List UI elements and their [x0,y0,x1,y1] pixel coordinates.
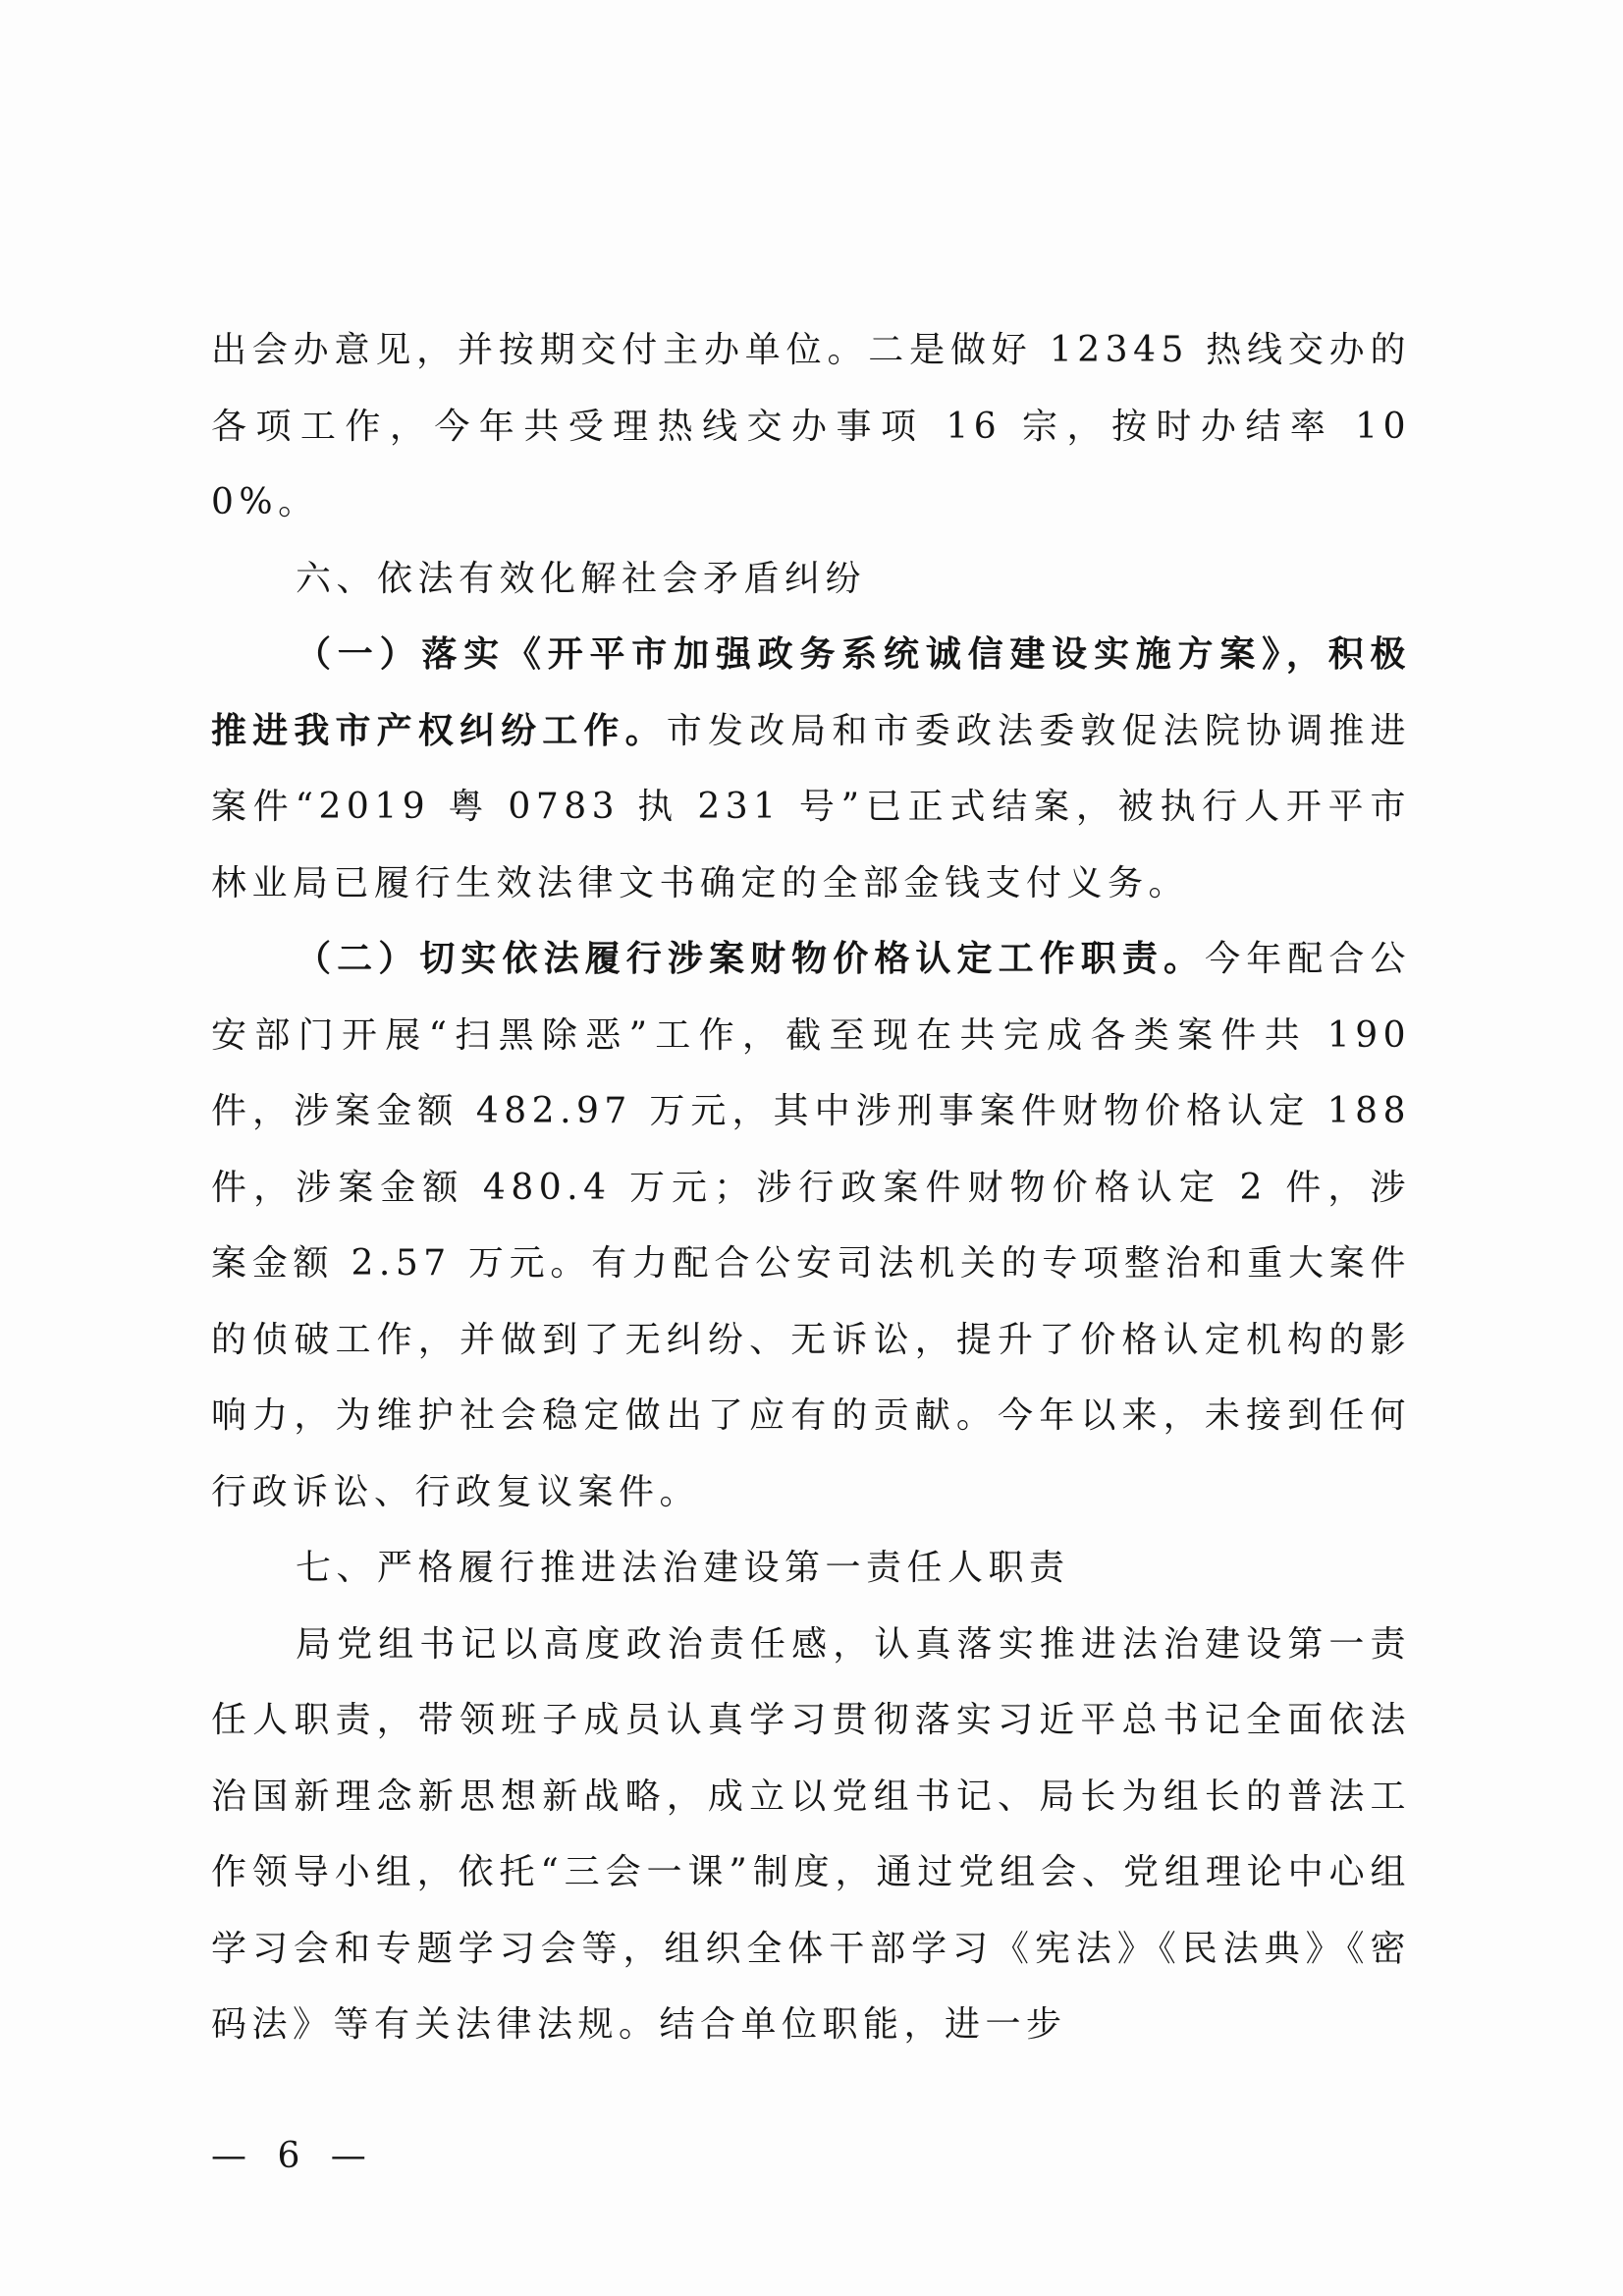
section-heading-7: 七、严格履行推进法治建设第一责任人职责 [211,1530,1411,1607]
paragraph-subsection-1: （一）落实《开平市加强政务系统诚信建设实施方案》，积极推进我市产权纠纷工作。市发… [211,617,1411,921]
paragraph-text: 局党组书记以高度政治责任感，认真落实推进法治建设第一责任人职责，带领班子成员认真… [211,1624,1411,2046]
paragraph-subsection-2: （二）切实依法履行涉案财物价格认定工作职责。今年配合公安部门开展“扫黑除恶”工作… [211,921,1411,1530]
heading-text: 六、依法有效化解社会矛盾纠纷 [296,559,866,599]
heading-text: 七、严格履行推进法治建设第一责任人职责 [296,1548,1070,1588]
paragraph-text: 今年配合公安部门开展“扫黑除恶”工作，截至现在共完成各类案件共 190 件，涉案… [211,939,1411,1512]
paragraph-party-secretary: 局党组书记以高度政治责任感，认真落实推进法治建设第一责任人职责，带领班子成员认真… [211,1607,1411,2063]
subsection-title: （二）切实依法履行涉案财物价格认定工作职责。 [296,939,1205,979]
document-page: 出会办意见，并按期交付主办单位。二是做好 12345 热线交办的各项工作，今年共… [0,0,1623,2296]
paragraph-text: 出会办意见，并按期交付主办单位。二是做好 12345 热线交办的各项工作，今年共… [211,330,1411,522]
page-number: — 6 — [211,2136,376,2176]
paragraph-continuation: 出会办意见，并按期交付主办单位。二是做好 12345 热线交办的各项工作，今年共… [211,312,1411,541]
section-heading-6: 六、依法有效化解社会矛盾纠纷 [211,541,1411,618]
document-body: 出会办意见，并按期交付主办单位。二是做好 12345 热线交办的各项工作，今年共… [211,312,1411,2063]
